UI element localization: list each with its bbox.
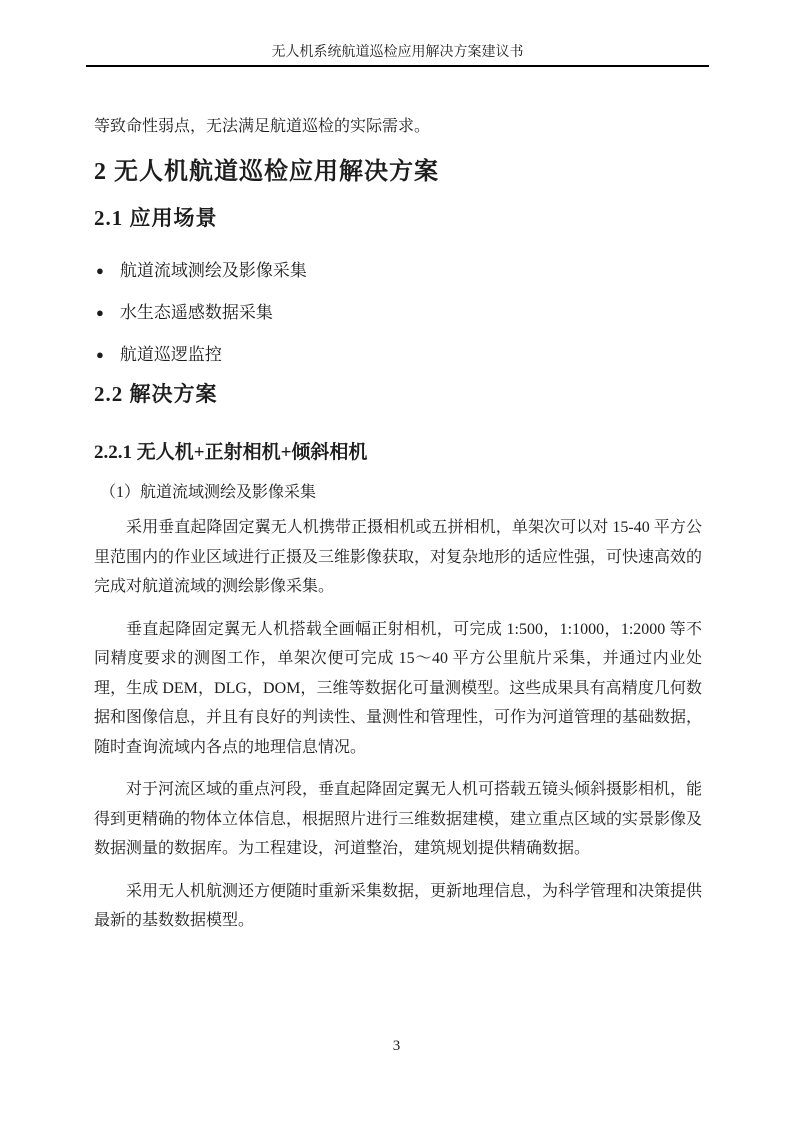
paragraph: 垂直起降固定翼无人机搭载全画幅正射相机，可完成 1:500，1:1000，1:2… bbox=[94, 615, 702, 763]
paragraph: 对于河流区域的重点河段，垂直起降固定翼无人机可搭载五镜头倾斜摄影相机，能得到更精… bbox=[94, 775, 702, 864]
paragraph: 采用无人机航测还方便随时重新采集数据，更新地理信息，为科学管理和决策提供最新的基… bbox=[94, 877, 702, 936]
page-header: 无人机系统航道巡检应用解决方案建议书 bbox=[86, 44, 709, 66]
paragraph: 采用垂直起降固定翼无人机携带正摄相机或五拼相机，单架次可以对 15-40 平方公… bbox=[94, 513, 702, 602]
list-item: ● 航道流域测绘及影像采集 bbox=[94, 259, 702, 283]
list-item: ● 航道巡逻监控 bbox=[94, 343, 702, 367]
document-body: 等致命性弱点，无法满足航道巡检的实际需求。 2 无人机航道巡检应用解决方案 2.… bbox=[94, 112, 702, 936]
page-number: 3 bbox=[393, 1038, 401, 1054]
list-item-label: 水生态遥感数据采集 bbox=[120, 301, 273, 325]
header-rule-divider bbox=[86, 65, 709, 67]
list-item: ● 水生态遥感数据采集 bbox=[94, 301, 702, 325]
section-heading-2-2: 2.2 解决方案 bbox=[94, 379, 702, 409]
section-heading-2-1: 2.1 应用场景 bbox=[94, 203, 702, 233]
list-item-label: 航道巡逻监控 bbox=[120, 343, 222, 367]
list-item-label: 航道流域测绘及影像采集 bbox=[120, 259, 307, 283]
application-scenario-list: ● 航道流域测绘及影像采集 ● 水生态遥感数据采集 ● 航道巡逻监控 bbox=[94, 259, 702, 367]
section-heading-2-2-1: 2.2.1 无人机+正射相机+倾斜相机 bbox=[94, 439, 702, 467]
numbered-subitem: （1）航道流域测绘及影像采集 bbox=[94, 481, 702, 505]
page-footer: 3 bbox=[0, 1036, 793, 1056]
document-page: 无人机系统航道巡检应用解决方案建议书 等致命性弱点，无法满足航道巡检的实际需求。… bbox=[0, 0, 793, 1122]
bullet-icon: ● bbox=[96, 259, 104, 283]
bullet-icon: ● bbox=[96, 301, 104, 325]
section-heading-2: 2 无人机航道巡检应用解决方案 bbox=[94, 155, 702, 189]
bullet-icon: ● bbox=[96, 343, 104, 367]
header-title: 无人机系统航道巡检应用解决方案建议书 bbox=[272, 45, 524, 60]
intro-paragraph: 等致命性弱点，无法满足航道巡检的实际需求。 bbox=[94, 112, 702, 141]
